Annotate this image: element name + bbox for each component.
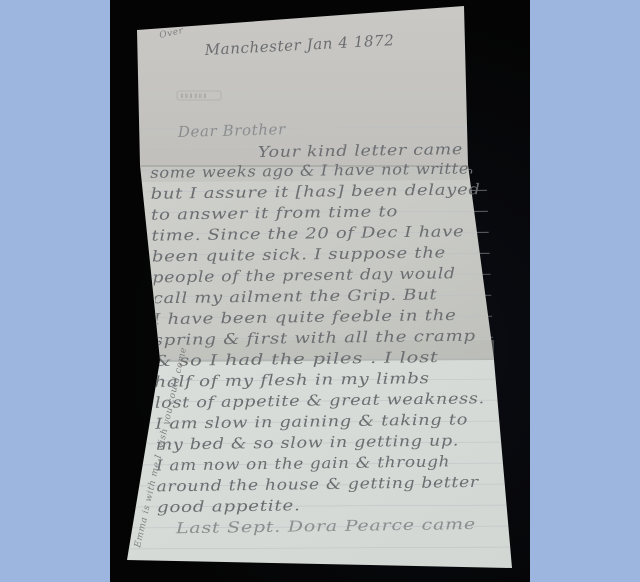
letter-line: half of my flesh in my limbs [154,369,429,391]
salutation: Dear Brother [177,120,287,141]
svg-text:ǁǁǁǁǁǁ: ǁǁǁǁǁǁ [180,93,208,100]
letter-line: good appetite. [157,496,301,516]
letter-line: Your kind letter came [258,140,463,161]
photo-stage: ǁǁǁǁǁǁ Over Manchester Jan 4 1872 Dear B… [0,0,640,582]
letter-photo: ǁǁǁǁǁǁ Over Manchester Jan 4 1872 Dear B… [0,0,640,582]
letter-line: to answer it from time to [151,202,398,223]
